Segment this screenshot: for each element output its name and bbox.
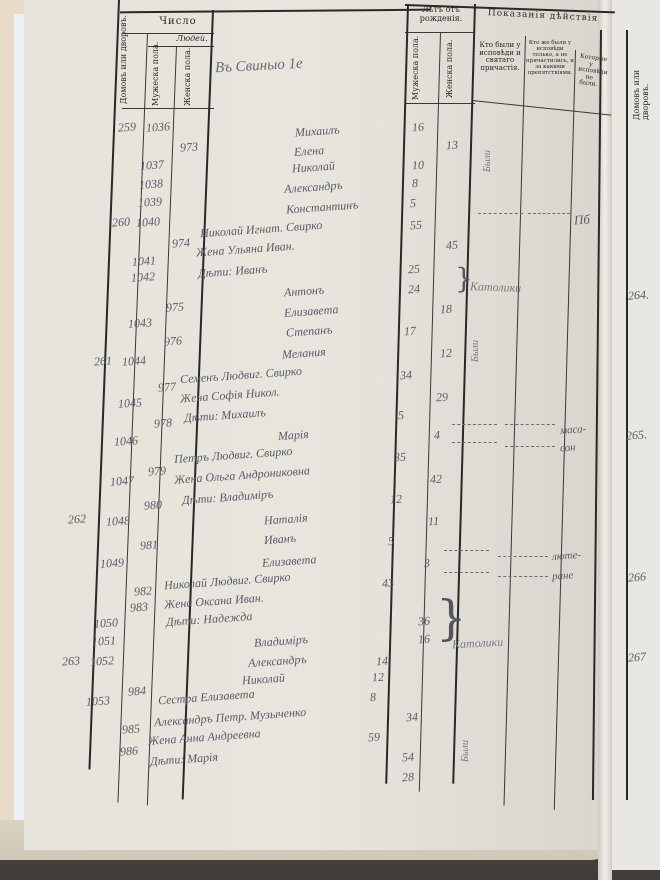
- pencil-vertical-note: Были: [460, 740, 471, 762]
- note-catholics-1: Католики: [470, 279, 522, 296]
- male-number: 1046: [114, 433, 139, 450]
- female-number: 976: [163, 333, 182, 349]
- female-number: 978: [153, 415, 172, 431]
- age-male: 14: [375, 654, 388, 670]
- age-male: 59: [367, 730, 380, 746]
- house-number: 262: [67, 511, 86, 527]
- pencil-vertical-note: Были: [470, 340, 481, 362]
- female-number: 984: [127, 683, 146, 699]
- right-page-number: 267: [627, 649, 646, 665]
- person-name: Иванъ: [264, 531, 297, 548]
- note-pb: Пб: [573, 211, 590, 228]
- female-number: 980: [143, 497, 162, 513]
- header-age-female: Женска пола.: [446, 38, 455, 100]
- age-female: 54: [401, 750, 414, 766]
- age-female: 45: [445, 238, 458, 254]
- right-page-number: 265.: [626, 427, 648, 443]
- header-number: Число: [148, 16, 208, 27]
- age-male: 5: [409, 196, 416, 211]
- male-number: 1048: [106, 513, 131, 530]
- age-female: 13: [445, 138, 458, 154]
- female-number: 985: [121, 721, 140, 737]
- age-female: 3: [423, 556, 430, 571]
- header-status-confessed-communed: Кто были у исповѣди и святаго причастія.: [476, 42, 524, 73]
- right-page-header: Домовъ или дворовъ.: [632, 64, 650, 120]
- male-number: 1049: [100, 555, 125, 572]
- female-number: 986: [119, 743, 138, 759]
- male-number: 1038: [139, 176, 164, 193]
- female-number: 981: [139, 537, 158, 553]
- male-number: 1039: [138, 194, 163, 211]
- age-female: 28: [401, 770, 414, 786]
- person-name: Наталія: [264, 510, 309, 528]
- person-name: Михаилъ: [295, 122, 341, 140]
- person-name: Мелания: [282, 344, 327, 362]
- person-name: Елена: [294, 143, 325, 160]
- male-number: 1052: [90, 653, 115, 670]
- note-son: сон: [560, 441, 576, 454]
- age-male: 12: [389, 492, 402, 508]
- age-female: 12: [439, 346, 452, 362]
- header-status-confessed-only: Кто же были у исповѣди только, а не прич…: [526, 40, 574, 76]
- age-male: 12: [371, 670, 384, 686]
- note-rane: ране: [552, 569, 574, 582]
- age-female: 11: [427, 514, 439, 530]
- female-number: 974: [171, 235, 190, 251]
- male-number: 1036: [146, 119, 171, 136]
- pencil-vertical-note: Были: [482, 150, 493, 172]
- header-female: Женска пола.: [184, 52, 193, 106]
- age-female: 16: [417, 632, 430, 648]
- male-number: 1040: [136, 214, 161, 231]
- note-lyute: люте-: [552, 549, 582, 563]
- person-name: Степанъ: [286, 322, 333, 340]
- female-number: 973: [179, 139, 198, 155]
- person-name: Антонъ: [284, 283, 325, 301]
- header-people: Людей.: [172, 35, 212, 44]
- male-number: 1050: [94, 615, 119, 632]
- age-male: 55: [409, 218, 422, 234]
- age-male: 5: [397, 408, 404, 423]
- male-number: 1042: [131, 269, 156, 286]
- house-number: 263: [61, 653, 80, 669]
- age-male: 35: [393, 450, 406, 466]
- male-number: 1041: [132, 253, 157, 270]
- age-female: 29: [435, 390, 448, 406]
- age-female: 34: [405, 710, 418, 726]
- age-male: 8: [369, 690, 376, 705]
- age-female: 18: [439, 302, 452, 318]
- note-catholics-2: Католики: [452, 635, 504, 653]
- male-number: 1047: [110, 473, 135, 490]
- person-name: Николай: [292, 159, 336, 177]
- male-number: 1045: [118, 395, 143, 412]
- age-male: 16: [411, 120, 424, 136]
- header-male: Мужеска пола.: [152, 52, 161, 106]
- right-page-number: 266: [627, 569, 646, 585]
- male-number: 1044: [122, 353, 147, 370]
- male-number: 1037: [140, 157, 165, 174]
- female-number: 982: [133, 583, 152, 599]
- header-age: Лѣтъ отъ рожденія.: [410, 6, 472, 24]
- female-number: 977: [157, 379, 176, 395]
- age-male: 10: [411, 158, 424, 174]
- header-households: Домовъ или дворовъ.: [120, 42, 129, 104]
- male-number: 1051: [92, 633, 117, 650]
- age-male: 5: [387, 534, 394, 549]
- header-status-not-confessed: Которые у исповѣди не были.: [576, 53, 604, 89]
- age-male: 17: [403, 324, 416, 340]
- age-male: 24: [407, 282, 420, 298]
- house-number: 261: [93, 353, 112, 369]
- note-masa: маса-: [560, 423, 587, 437]
- house-number: 259: [117, 119, 136, 135]
- age-male: 34: [399, 368, 412, 384]
- age-male: 8: [411, 176, 418, 191]
- person-name: Николай: [242, 671, 286, 689]
- age-female: 36: [417, 614, 430, 630]
- age-female: 42: [429, 472, 442, 488]
- right-page-number: 264.: [628, 287, 650, 303]
- female-number: 983: [129, 599, 148, 615]
- male-number: 1043: [128, 315, 153, 332]
- male-number: 1053: [86, 693, 111, 710]
- person-name: Марія: [278, 427, 310, 444]
- age-male: 43: [381, 576, 394, 592]
- female-number: 975: [165, 299, 184, 315]
- female-number: 979: [147, 463, 166, 479]
- age-female: 4: [433, 428, 440, 443]
- header-age-male: Мужеска пола.: [412, 38, 421, 100]
- age-male: 25: [407, 262, 420, 278]
- house-number: 260: [111, 214, 130, 230]
